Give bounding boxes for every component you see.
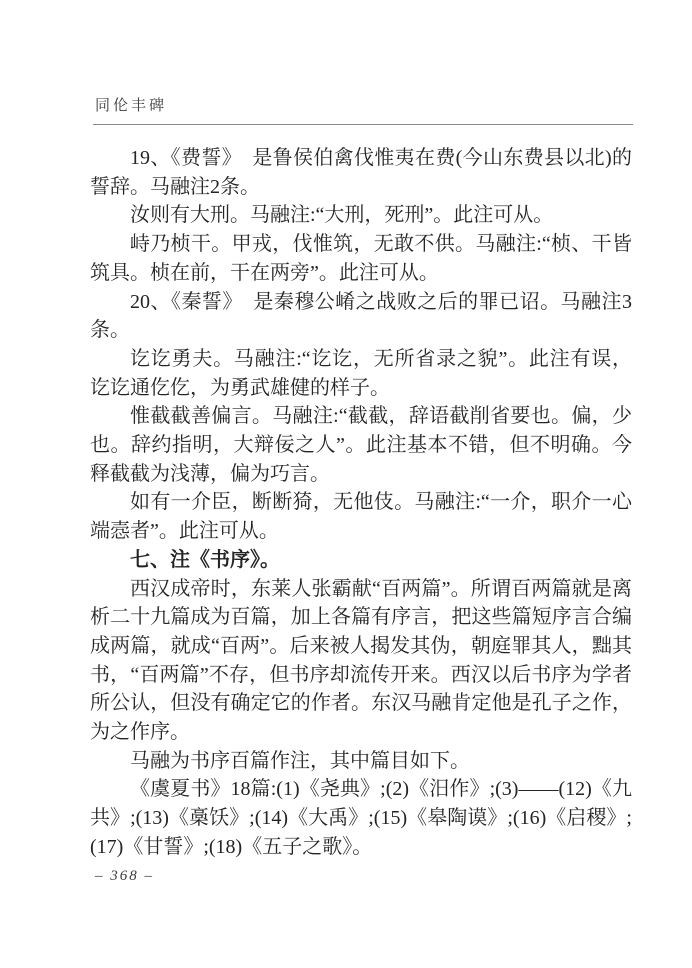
- paragraph-yu-xia-shu-list: 《虞夏书》18篇:(1)《尧典》;(2)《汨作》;(3)——(12)《九共》;(…: [90, 775, 632, 861]
- paragraph-qin-shi-note-3: 如有一介臣，断断猗，无他伎。马融注:“一介，职介一心端悫者”。此注可从。: [90, 488, 632, 545]
- book-page: 同伦丰碑 19、《费誓》 是鲁侯伯禽伐惟夷在费(今山东费县以北)的誓辞。马融注2…: [0, 0, 692, 968]
- body-text: 19、《费誓》 是鲁侯伯禽伐惟夷在费(今山东费县以北)的誓辞。马融注2条。 汝则…: [90, 144, 632, 862]
- running-head: 同伦丰碑: [95, 94, 167, 115]
- header-rule: [93, 124, 633, 125]
- section-heading-shu-xu: 七、注《书序》。: [90, 546, 632, 575]
- paragraph-qin-shi-note-1: 讫讫勇夫。马融注:“讫讫，无所省录之貌”。此注有误，讫讫通仡仡，为勇武雄健的样子…: [90, 345, 632, 402]
- paragraph-qin-shi-note-2: 惟截截善偏言。马融注:“截截，辞语截削省要也。偏，少也。辞约指明，大辩佞之人”。…: [90, 402, 632, 488]
- paragraph-fei-shi-intro: 19、《费誓》 是鲁侯伯禽伐惟夷在费(今山东费县以北)的誓辞。马融注2条。: [90, 144, 632, 201]
- paragraph-fei-shi-note-2: 峙乃桢干。甲戎，伐惟筑，无敢不供。马融注:“桢、干皆筑具。桢在前，干在两旁”。此…: [90, 230, 632, 287]
- paragraph-fei-shi-note-1: 汝则有大刑。马融注:“大刑，死刑”。此注可从。: [90, 201, 632, 230]
- paragraph-shu-xu-history: 西汉成帝时，东莱人张霸献“百两篇”。所谓百两篇就是离析二十九篇成为百篇，加上各篇…: [90, 575, 632, 747]
- page-number: – 368 –: [95, 868, 154, 885]
- paragraph-shu-xu-note-intro: 马融为书序百篇作注，其中篇目如下。: [90, 747, 632, 776]
- paragraph-qin-shi-intro: 20、《秦誓》 是秦穆公崤之战败之后的罪已诏。马融注3条。: [90, 288, 632, 345]
